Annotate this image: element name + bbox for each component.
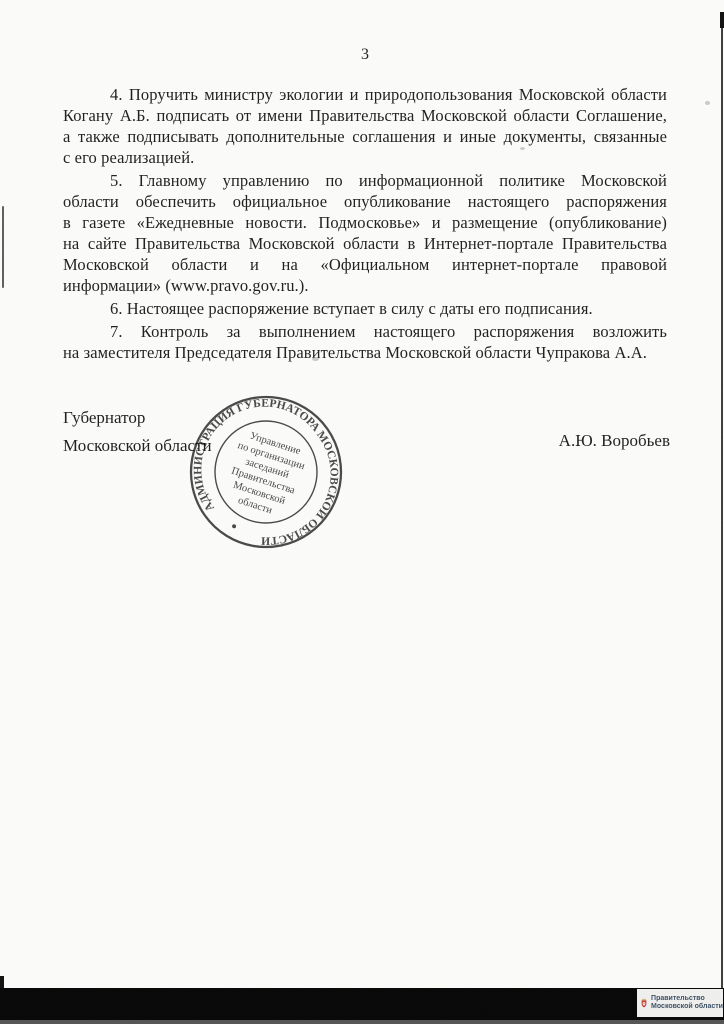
document-body: 4. Поручить министру экологии и природоп… bbox=[63, 84, 667, 365]
paragraph-5: 5. Главному управлению по информационной… bbox=[63, 170, 667, 296]
logo-text-line2: Московской области bbox=[651, 1003, 723, 1012]
paragraph-6: 6. Настоящее распоряжение вступает в сил… bbox=[63, 298, 667, 319]
official-round-stamp: АДМИНИСТРАЦИЯ ГУБЕРНАТОРА МОСКОВСКОЙ ОБЛ… bbox=[173, 379, 358, 564]
signer-name: А.Ю. Воробьев bbox=[559, 431, 670, 451]
scan-artifact-left-line bbox=[2, 206, 4, 288]
paragraph-7: 7. Контроль за выполнением настоящего ра… bbox=[63, 321, 667, 363]
text-line: в газете «Ежедневные новости. Подмосковь… bbox=[63, 212, 667, 233]
text-line: 6. Настоящее распоряжение вступает в сил… bbox=[63, 298, 667, 319]
text-line: 5. Главному управлению по информационной… bbox=[63, 170, 667, 191]
text-line: 4. Поручить министру экологии и природоп… bbox=[63, 84, 667, 105]
scanned-document-page: 3 4. Поручить министру экологии и природ… bbox=[0, 0, 724, 1024]
footer-bar bbox=[0, 988, 724, 1020]
page-number: 3 bbox=[63, 46, 667, 64]
text-line: Московской области и на «Официальном инт… bbox=[63, 254, 667, 275]
text-line: 7. Контроль за выполнением настоящего ра… bbox=[63, 321, 667, 342]
stamp-center-text: Управление по организации заседаний Прав… bbox=[220, 428, 310, 522]
footer-bottom-edge bbox=[0, 1020, 724, 1024]
text-line: области обеспечить официальное опубликов… bbox=[63, 191, 667, 212]
scan-speck bbox=[705, 101, 710, 105]
government-logo[interactable]: Правительство Московской области bbox=[637, 989, 723, 1017]
text-line: на заместителя Председателя Правительств… bbox=[63, 342, 667, 363]
crown-shape bbox=[642, 999, 645, 1001]
text-line: информации» (www.pravo.gov.ru.). bbox=[63, 275, 667, 296]
stamp-ring-separator-dot bbox=[232, 524, 237, 529]
logo-text-line1: Правительство bbox=[651, 995, 723, 1004]
text-line: Когану А.Б. подписать от имени Правитель… bbox=[63, 105, 667, 126]
logo-text: Правительство Московской области bbox=[651, 995, 723, 1012]
text-line: а также подписывать дополнительные согла… bbox=[63, 126, 667, 147]
scan-speck bbox=[312, 357, 319, 361]
text-line: с его реализацией. bbox=[63, 147, 667, 168]
shield-figure-detail bbox=[644, 1003, 645, 1004]
scan-artifact-corner-mark bbox=[720, 12, 724, 28]
text-line: на сайте Правительства Московской област… bbox=[63, 233, 667, 254]
scan-artifact-right-edge bbox=[721, 12, 723, 988]
scan-speck bbox=[520, 147, 525, 150]
coat-of-arms-icon bbox=[641, 992, 647, 1014]
signer-position-line1: Губернатор bbox=[63, 404, 212, 432]
paragraph-4: 4. Поручить министру экологии и природоп… bbox=[63, 84, 667, 168]
